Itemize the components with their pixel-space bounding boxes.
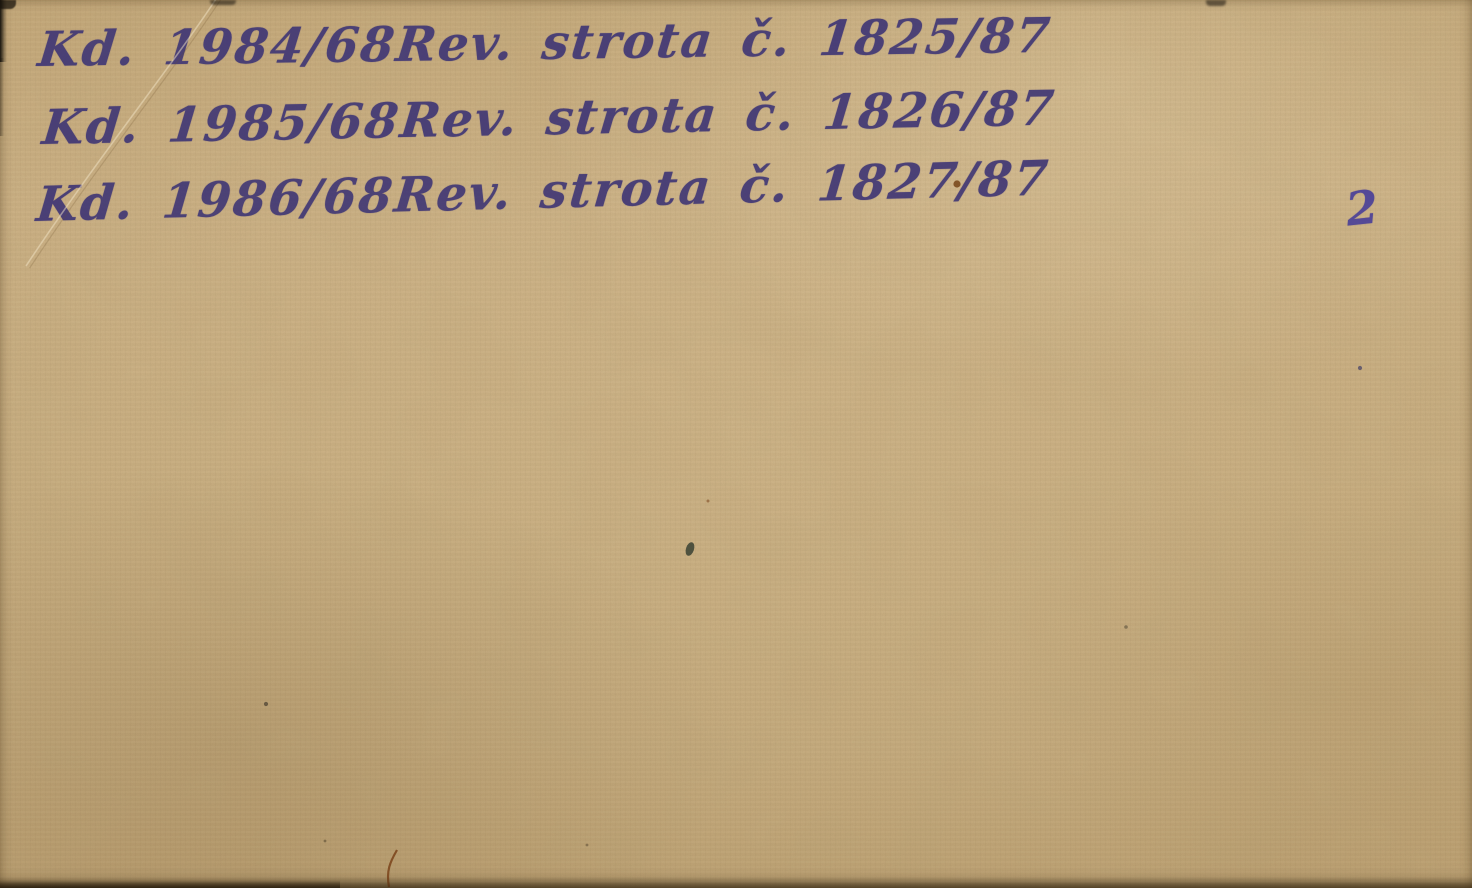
rev-number: Rev. strota č. 1825/87 [393,8,1054,73]
page-number-mark: 2 [1343,179,1380,236]
edge-shadow-left [0,0,7,62]
edge-shadow-bottom-left [0,880,340,888]
paper-speck [586,844,589,847]
kd-number: Kd. 1986/68 [34,168,397,234]
scan-notch-top [1206,0,1226,6]
handwritten-entry: Kd. 1985/68 Rev. strota č. 1826/87 [42,81,1055,156]
rev-number: Rev. strota č. 1826/87 [397,80,1058,149]
paper-speck [264,702,268,706]
handwritten-entry: Kd. 1986/68 Rev. strota č. 1827/87 [36,150,1050,232]
ink-speck [684,541,696,557]
paper-speck [324,840,327,843]
scanned-paper-card: Kd. 1984/68 Rev. strota č. 1825/87 Kd. 1… [0,0,1472,888]
edge-shadow-left-fade [0,58,4,136]
ink-speck [1358,366,1362,370]
scan-notch-top [210,0,236,5]
rev-number: Rev. strota č. 1827/87 [392,150,1052,223]
corner-shadow-chip [0,0,16,9]
paper-speck [707,500,710,503]
kd-number: Kd. 1984/68 [35,17,399,78]
paper-speck [1124,625,1128,629]
kd-number: Kd. 1985/68 [40,93,403,156]
handwritten-entry: Kd. 1984/68 Rev. strota č. 1825/87 [38,8,1051,78]
